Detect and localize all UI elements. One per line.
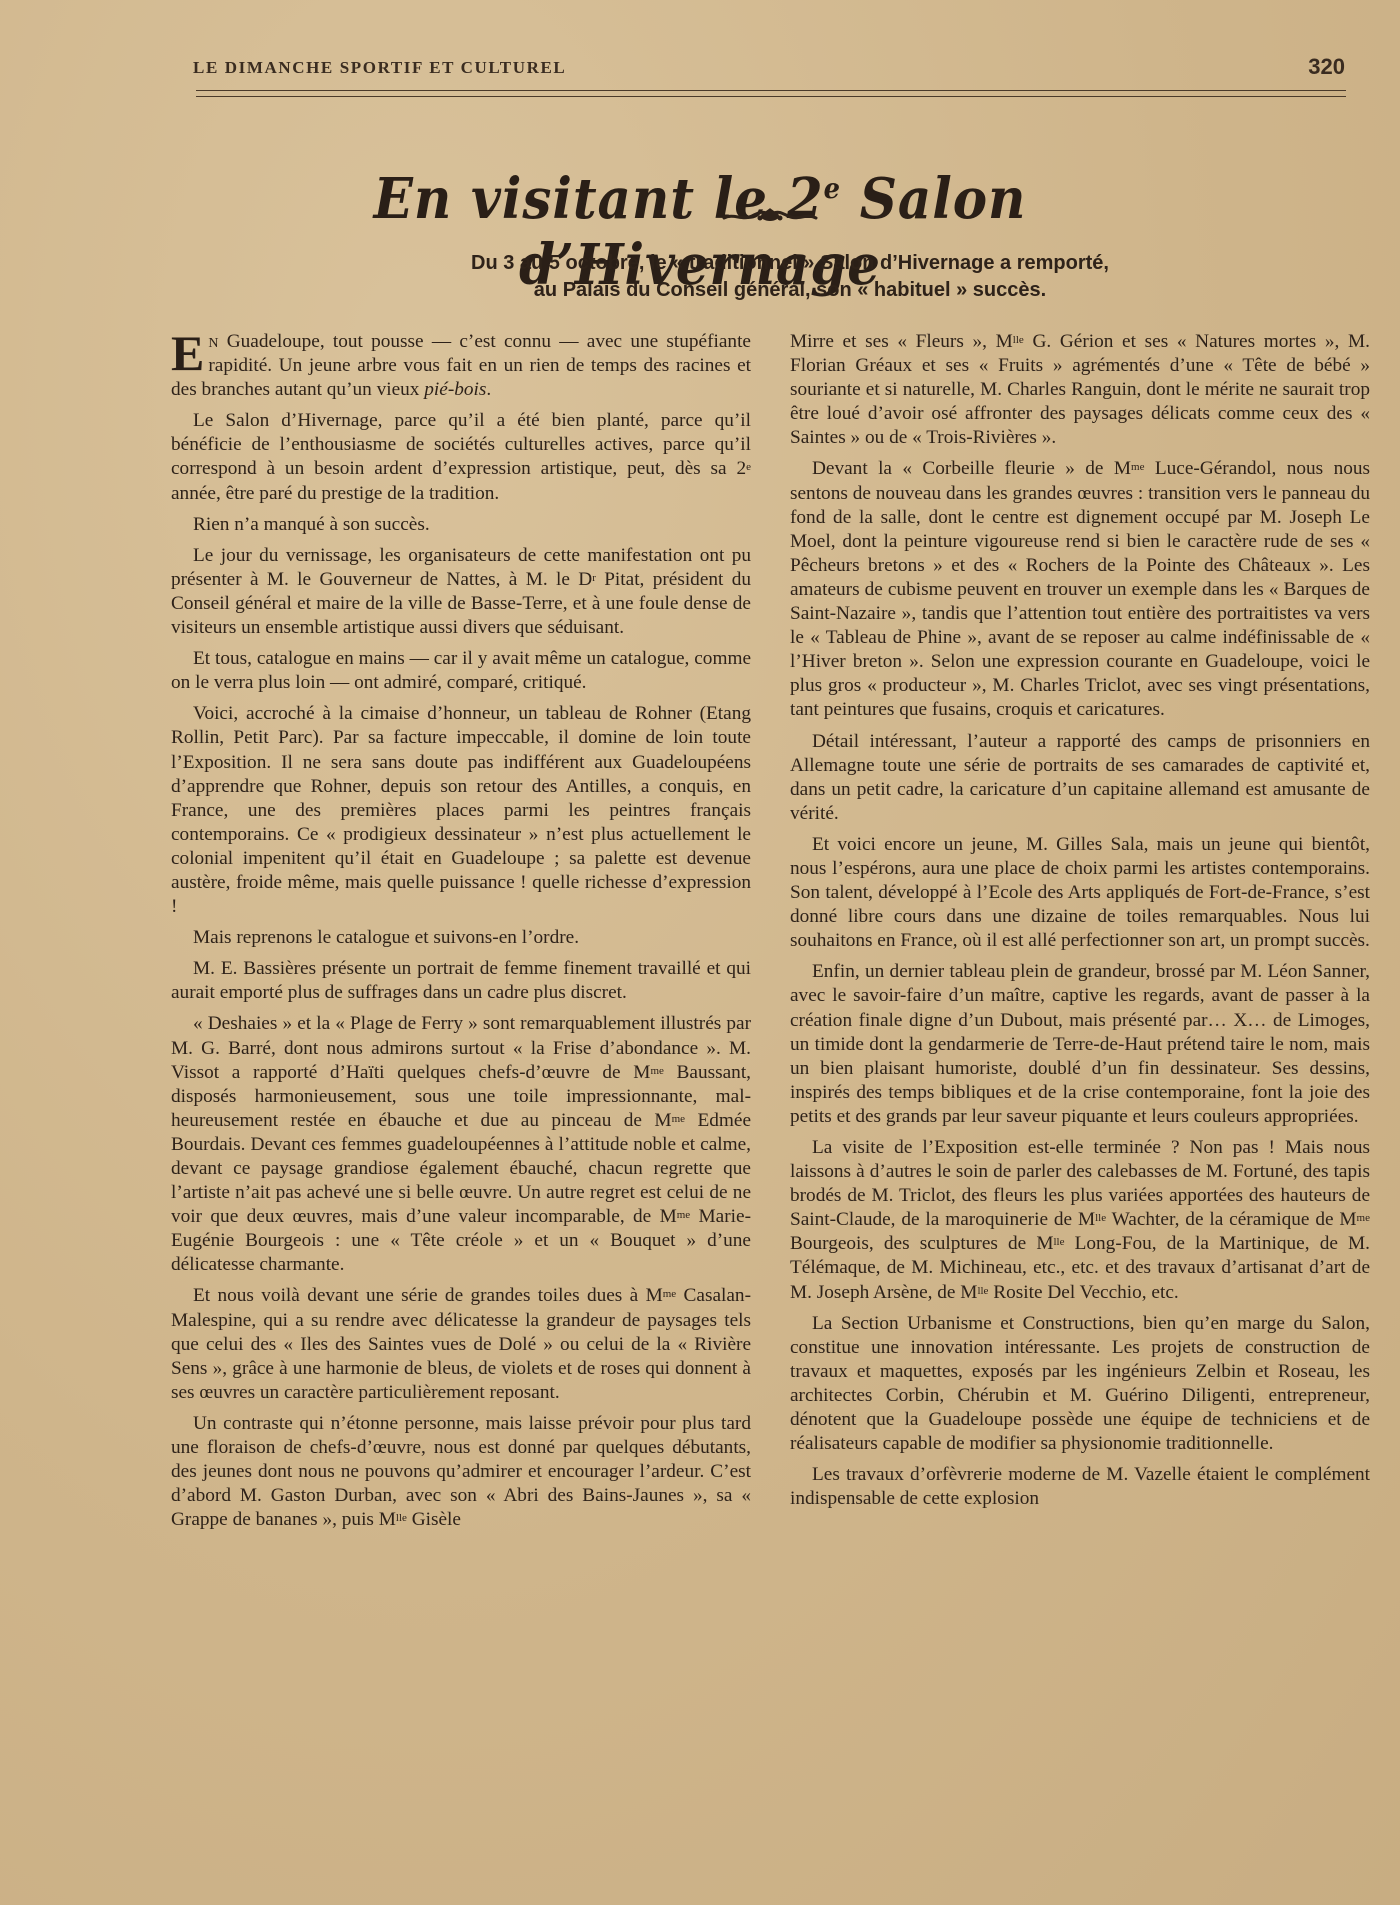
superscript: me — [1131, 461, 1144, 473]
paragraph: Et nous voilà devant une série de grande… — [171, 1284, 751, 1404]
smallcaps-text: n — [208, 331, 218, 352]
superscript: me — [1357, 1212, 1370, 1224]
text: Mirre et ses « Fleurs », M — [790, 331, 1013, 352]
paragraph: Rien n’a manqué à son succès. — [171, 513, 751, 537]
header-rule-bottom — [196, 96, 1346, 97]
paragraph: Le jour du vernissage, les organisateurs… — [171, 544, 751, 640]
superscript: lle — [1013, 334, 1024, 346]
superscript: me — [677, 1209, 690, 1221]
paragraph: Et tous, catalogue en mains — car il y a… — [171, 647, 751, 695]
superscript: me — [650, 1065, 663, 1077]
superscript: r — [592, 572, 596, 584]
paragraph: « Deshaies » et la « Plage de Ferry » so… — [171, 1012, 751, 1277]
superscript: lle — [1053, 1236, 1064, 1248]
article-deck: Du 3 au 5 octobre, le « traditionnel » S… — [300, 250, 1280, 304]
left-column: En Guadeloupe, tout pousse — c’est connu… — [171, 330, 751, 1539]
superscript: lle — [1095, 1212, 1106, 1224]
running-head: LE DIMANCHE SPORTIF ET CULTUREL 320 — [193, 54, 1345, 84]
deck-line-2: au Palais du Conseil général, son « habi… — [300, 277, 1280, 304]
paragraph: M. E. Bassières présente un portrait de … — [171, 957, 751, 1005]
header-rule-top — [196, 90, 1346, 91]
paragraph: En Guadeloupe, tout pousse — c’est connu… — [171, 330, 751, 402]
text: année, être paré du prestige de la tradi… — [171, 483, 499, 504]
text: Devant la « Corbeille fleurie » de M — [812, 458, 1131, 479]
text: Luce-Gérandol, nous nous sentons de nouv… — [790, 458, 1370, 720]
newspaper-page: LE DIMANCHE SPORTIF ET CULTUREL 320 En v… — [0, 0, 1400, 1905]
text: Gisèle — [407, 1509, 461, 1530]
fleuron-ornament-icon — [722, 207, 818, 225]
superscript: lle — [977, 1285, 988, 1297]
paragraph: Le Salon d’Hivernage, parce qu’il a été … — [171, 409, 751, 505]
paragraph: Détail intéressant, l’auteur a rapporté … — [790, 730, 1370, 826]
headline-superscript: e — [824, 172, 841, 205]
text: Bourgeois, des sculptures de M — [790, 1233, 1053, 1254]
right-column: Mirre et ses « Fleurs », Mlle G. Gérion … — [790, 330, 1370, 1518]
deck-line-1: Du 3 au 5 octobre, le « traditionnel » S… — [300, 250, 1280, 277]
superscript: e — [746, 461, 751, 473]
text: Et nous voilà devant une série de grande… — [193, 1285, 663, 1306]
paragraph: Un contraste qui n’étonne personne, mais… — [171, 1412, 751, 1532]
paragraph: Mais reprenons le catalogue et suivons-e… — [171, 926, 751, 950]
superscript: lle — [396, 1512, 407, 1524]
page-number: 320 — [1308, 54, 1345, 80]
text: Wachter, de la céramique de M — [1106, 1209, 1356, 1230]
paragraph: La visite de l’Exposition est-elle termi… — [790, 1136, 1370, 1305]
paragraph: Et voici encore un jeune, M. Gilles Sala… — [790, 833, 1370, 953]
paragraph: Devant la « Corbeille fleurie » de Mme L… — [790, 457, 1370, 722]
paragraph: Voici, accroché à la cimaise d’honneur, … — [171, 702, 751, 919]
drop-cap: E — [171, 332, 204, 374]
text: Un contraste qui n’étonne personne, mais… — [171, 1413, 751, 1530]
paragraph: Mirre et ses « Fleurs », Mlle G. Gérion … — [790, 330, 1370, 450]
superscript: me — [672, 1113, 685, 1125]
superscript: me — [663, 1288, 676, 1300]
italic-text: pié-bois — [424, 379, 486, 400]
paragraph: La Section Urbanisme et Constructions, b… — [790, 1312, 1370, 1457]
text: . — [486, 379, 491, 400]
text: Rosite Del Vecchio, etc. — [988, 1282, 1178, 1303]
journal-name: LE DIMANCHE SPORTIF ET CULTUREL — [193, 58, 566, 78]
text: Le Salon d’Hivernage, parce qu’il a été … — [171, 410, 751, 479]
paragraph: Les travaux d’orfèvrerie moderne de M. V… — [790, 1463, 1370, 1511]
paragraph: Enfin, un dernier tableau plein de grand… — [790, 960, 1370, 1129]
